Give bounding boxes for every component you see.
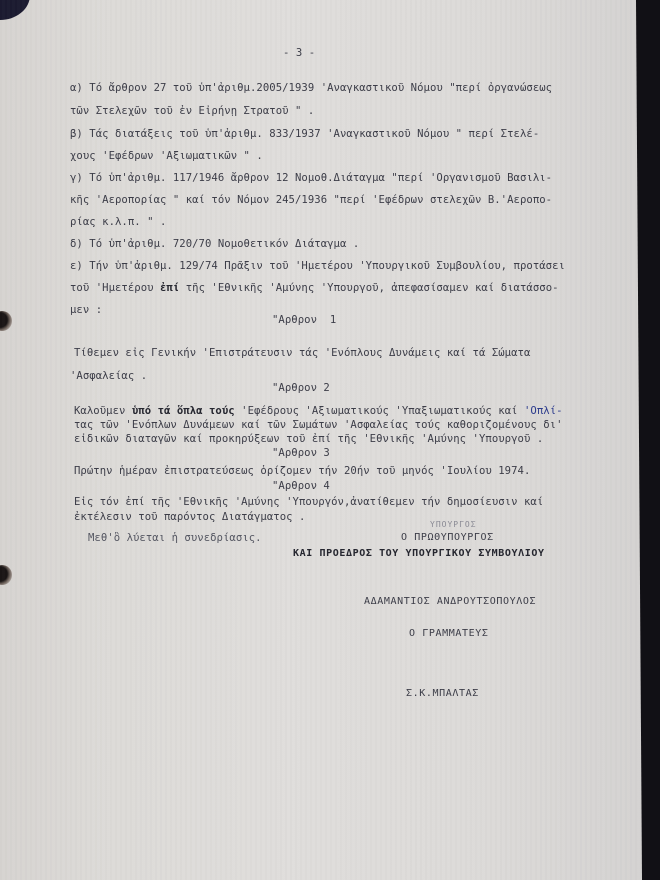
text-segment: τοῦ 'Ημετέρου [70,282,160,294]
emphasized-text: ὑπό τά ὅπλα τούς [132,405,235,417]
article-2-heading: "Αρθρον 2 [272,382,330,394]
article-2-text: τας τῶν 'Ενόπλων Δυνάμεων καί τῶν Σωμάτω… [74,419,563,431]
article-4-text: ἐκτέλεσιν τοῦ παρόντος Διατάγματος . [74,511,305,523]
secretary-title: Ο ΓΡΑΜΜΑΤΕΥΣ [409,628,488,639]
clause-c-line: γ) Τό ὑπ'ἀριθμ. 117/1946 ἄρθρον 12 Νομοθ… [70,172,552,184]
clause-a-line: τῶν Στελεχῶν τοῦ ἐν Εἰρήνῃ Στρατοῦ " . [70,105,314,117]
pm-subtitle: ΚΑΙ ΠΡΟΕΔΡΟΣ ΤΟΥ ΥΠΟΥΡΓΙΚΟΥ ΣΥΜΒΟΥΛΙΟΥ [293,548,545,559]
clause-a-line: α) Τό ἄρθρον 27 τοῦ ὑπ'ἀριθμ.2005/1939 '… [70,82,552,94]
text-segment: Καλοῦμεν [74,405,132,417]
pm-name: ΑΔΑΜΑΝΤΙΟΣ ΑΝΔΡΟΥΤΣΟΠΟΥΛΟΣ [364,596,536,607]
pm-title: Ο ΠΡΩΘΥΠΟΥΡΓΟΣ [401,532,494,543]
article-4-heading: "Αρθρον 4 [272,480,330,492]
clause-e-line: τοῦ 'Ημετέρου ἐπί τῆς 'Εθνικῆς 'Αμύνης '… [70,282,559,294]
article-3-heading: "Αρθρον 3 [272,447,330,459]
text-segment: τῆς 'Εθνικῆς 'Αμύνης 'Υπουργοῦ, ἀπεφασίσ… [179,282,558,294]
typed-document: - 3 - α) Τό ἄρθρον 27 τοῦ ὑπ'ἀριθμ.2005/… [0,0,642,880]
article-4-text: Εἰς τόν ἐπί τῆς 'Εθνικῆς 'Αμύνης 'Υπουργ… [74,496,543,508]
article-1-text: Τίθεμεν εἰς Γενικήν 'Επιστράτευσιν τάς '… [74,347,530,359]
secretary-name: Σ.Κ.ΜΠΑΛΤΑΣ [406,688,479,699]
emphasized-text: ἐπί [160,282,179,294]
article-2-text: Καλοῦμεν ὑπό τά ὅπλα τούς 'Εφέδρους 'Αξι… [74,405,563,417]
article-1-heading: "Αρθρον 1 [272,314,336,326]
clause-d-line: δ) Τό ὑπ'ἀριθμ. 720/70 Νομοθετικόν Διάτα… [70,238,359,250]
article-3-text: Πρώτην ἡμέραν ἐπιστρατεύσεως ὁρίζομεν τή… [74,465,530,477]
faint-stamp: ΥΠΟΥΡΓΟΣ [430,520,477,529]
clause-b-line: χους 'Εφέδρων 'Αξιωματικῶν " . [70,150,263,162]
clause-c-line: ρίας κ.λ.π. " . [70,216,166,228]
article-1-text: 'Ασφαλείας . [70,370,147,382]
clause-c-line: κῆς 'Αεροπορίας " καί τόν Νόμον 245/1936… [70,194,552,206]
handwritten-correction: 'Οπλί- [524,405,563,417]
closing-text: Μεθ'ὃ λύεται ἡ συνεδρίασις. [88,532,262,544]
clause-e-line: μεν : [70,304,102,316]
clause-b-line: β) Τάς διατάξεις τοῦ ὑπ'ἀριθμ. 833/1937 … [70,128,539,140]
page-number: - 3 - [283,47,315,59]
clause-e-line: ε) Τήν ὑπ'ἀριθμ. 129/74 Πρᾶξιν τοῦ 'Ημετ… [70,260,565,272]
article-2-text: εἰδικῶν διαταγῶν καί προκηρύξεων τοῦ ἐπί… [74,433,543,445]
text-segment: 'Εφέδρους 'Αξιωματικούς 'Υπαξιωματικούς … [235,405,524,417]
